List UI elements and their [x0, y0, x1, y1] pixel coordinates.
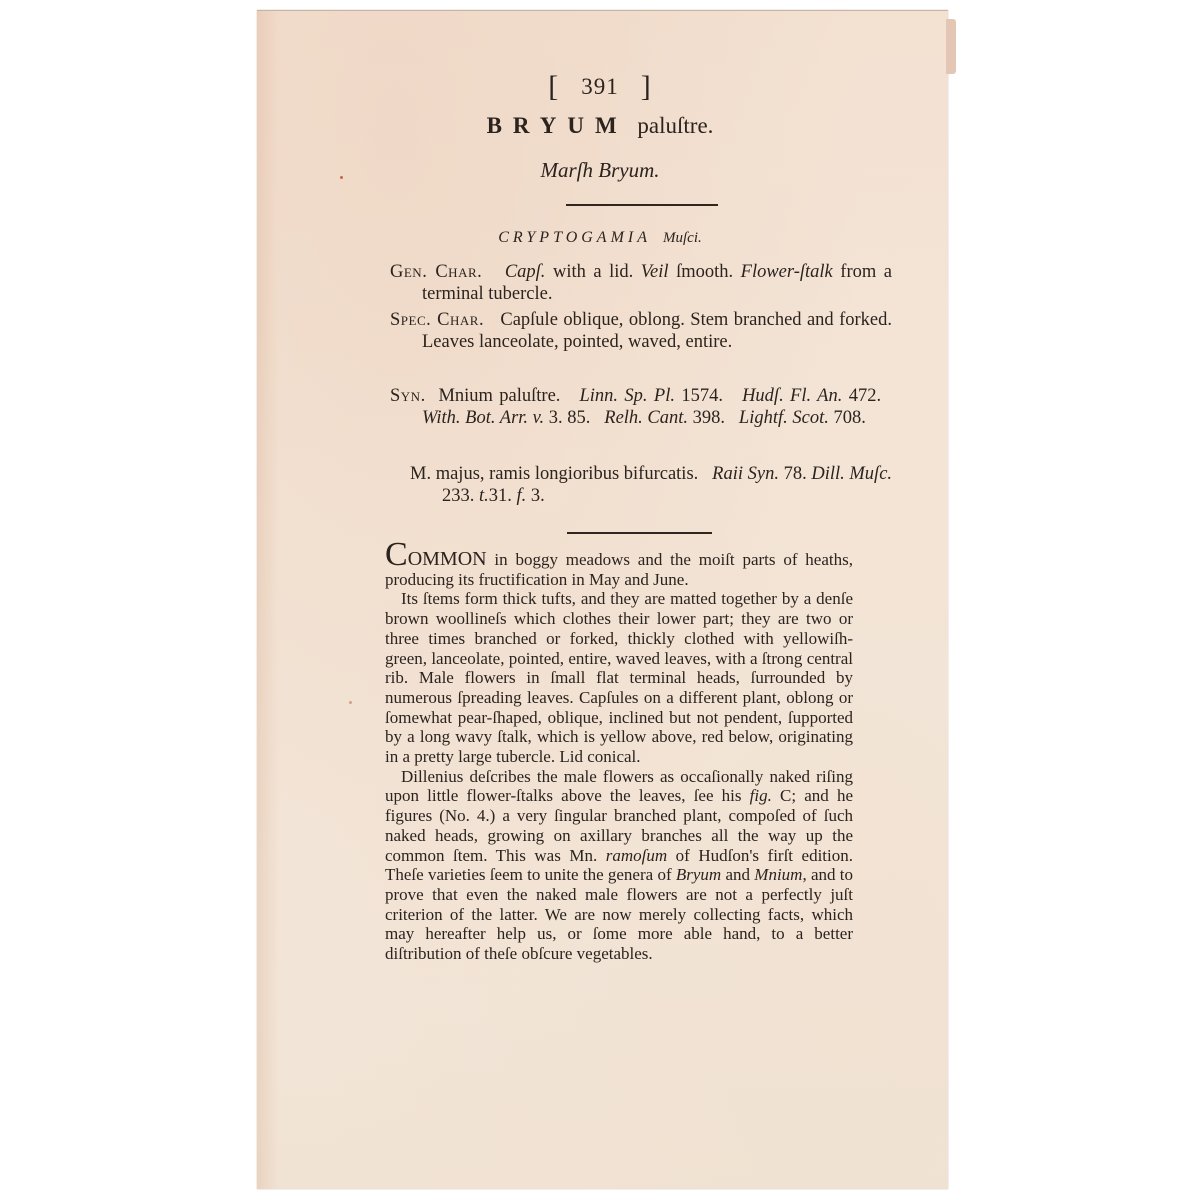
divider-rule — [567, 532, 712, 534]
classification-order: Muſci. — [663, 230, 702, 246]
specific-character: Spec. Char. Capſule oblique, oblong. Ste… — [390, 309, 892, 353]
ramosum-term: ramoſum — [606, 846, 667, 865]
genus-bryum: Bryum — [676, 865, 721, 884]
syn-ref-work: Hudſ. Fl. An. — [742, 386, 842, 406]
ink-spot — [349, 701, 352, 704]
syn-ref-num: 472. — [849, 386, 881, 406]
synonyms: Syn. Mnium paluſtre. Linn. Sp. Pl. 1574.… — [390, 385, 892, 429]
syn-ref-num: 398. — [693, 408, 725, 428]
left-bracket: [ — [548, 70, 559, 104]
gen-char-veil: Veil — [641, 262, 669, 282]
divider-rule — [566, 204, 718, 206]
generic-character: Gen. Char. Capſ. with a lid. Veil ſmooth… — [390, 261, 892, 305]
opening-word: OMMON — [408, 548, 487, 570]
syn2-ref-work: t. — [479, 486, 489, 506]
syn2-ref-work: f. — [517, 486, 527, 506]
page-number: [391] — [0, 70, 1200, 104]
syn2-ref-num: 31. — [489, 486, 512, 506]
syn-ref-num: 3. 85. — [549, 408, 591, 428]
fig-ref: fig. — [750, 786, 772, 805]
gen-char-text: with a lid. — [545, 262, 640, 282]
syn-name: Mnium paluſtre. — [438, 386, 560, 406]
syn-ref-work: Relh. Cant. — [604, 408, 688, 428]
gen-char-text: ſmooth. — [669, 262, 741, 282]
syn2-ref-num: 78. — [784, 464, 807, 484]
syn-ref-work: With. Bot. Arr. v. — [422, 408, 544, 428]
syn-label: Syn. — [390, 386, 426, 406]
syn-ref-work: Linn. Sp. Pl. — [580, 386, 675, 406]
page-number-value: 391 — [581, 74, 619, 99]
spec-char-label: Spec. Char. — [390, 310, 484, 330]
spec-char-text: Capſule oblique, oblong. Stem branched a… — [422, 310, 892, 352]
syn2-ref-work: Dill. Muſc. — [811, 464, 892, 484]
gen-char-caps: Capſ. — [505, 262, 546, 282]
synonyms-secondary: M. majus, ramis longioribus bifurcatis. … — [410, 463, 892, 507]
paragraph-dillenius: Dillenius deſcribes the male flowers as … — [385, 767, 853, 964]
gen-char-label: Gen. Char. — [390, 262, 482, 282]
page-subtitle: Marſh Bryum. — [0, 158, 1200, 183]
syn2-ref-num: 233. — [442, 486, 474, 506]
paragraph-description: Its ſtems form thick tufts, and they are… — [385, 589, 853, 766]
syn2-name: M. majus, ramis longioribus bifurcatis. — [410, 464, 698, 484]
syn2-ref-num: 3. — [531, 486, 545, 506]
syn-ref-num: 708. — [833, 408, 865, 428]
classification-class: CRYPTOGAMIA — [498, 229, 651, 246]
page-title: BRYUM paluſtre. — [0, 113, 1200, 139]
title-genus: BRYUM — [487, 113, 628, 138]
paragraph-habitat: COMMON in boggy meadows and the moiſt pa… — [385, 545, 853, 589]
syn-ref-num: 1574. — [681, 386, 723, 406]
genus-mnium: Mnium — [754, 865, 802, 884]
classification-line: CRYPTOGAMIA Muſci. — [0, 229, 1200, 247]
paragraph-text: and — [721, 865, 754, 884]
right-bracket: ] — [641, 70, 652, 104]
syn-ref-work: Lightf. Scot. — [739, 408, 829, 428]
description-body: COMMON in boggy meadows and the moiſt pa… — [385, 545, 853, 964]
drop-cap: C — [385, 536, 408, 573]
syn2-ref-work: Raii Syn. — [712, 464, 779, 484]
gen-char-flowerstalk: Flower-ſtalk — [741, 262, 833, 282]
title-species: paluſtre. — [637, 113, 713, 138]
